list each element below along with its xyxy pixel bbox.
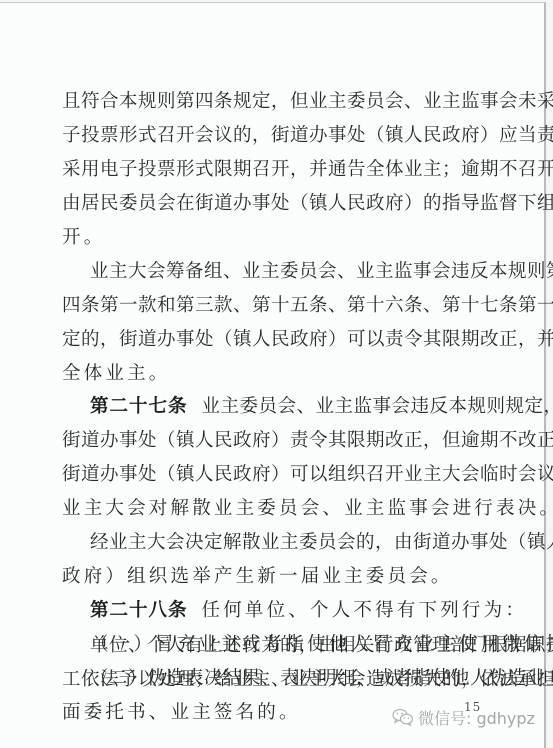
paragraph-line: 子投票形式召开会议的，街道办事处（镇人民政府）应当责令其 — [62, 123, 454, 149]
watermark-label: 微信号: gdhypz — [418, 706, 535, 729]
article-heading: 第二十八条 — [90, 600, 188, 621]
wechat-watermark: 微信号: gdhypz — [392, 705, 535, 729]
paragraph-line: 政府）组织选举产生新一届业主委员会。 — [62, 564, 454, 590]
article-text: 任何单位、个人不得有下列行为： — [202, 600, 528, 621]
paragraph-line: 定的，街道办事处（镇人民政府）可以责令其限期改正，并通告 — [62, 327, 454, 353]
paragraph-line: 街道办事处（镇人民政府）责令其限期改正，但逾期不改正的， — [62, 428, 454, 454]
paragraph-line: 街道办事处（镇人民政府）可以组织召开业主大会临时会议，由 — [62, 462, 454, 488]
paragraph-line: 采用电子投票形式限期召开，并通告全体业主；逾期不召开的， — [62, 157, 454, 183]
wechat-icon — [392, 708, 414, 726]
paragraph-line: 全体业主。 — [62, 361, 454, 387]
paragraph-line: 由居民委员会在街道办事处（镇人民政府）的指导监督下组织召 — [62, 191, 454, 217]
article-text: 业主委员会、业主监事会违反本规则规定，经 — [202, 396, 553, 417]
paragraph-line: 业主大会筹备组、业主委员会、业主监事会违反本规则第十 — [90, 259, 454, 285]
paragraph-line: 单位、个人有上述行为的，由相关行政管理部门根据职责分 — [90, 633, 454, 659]
paragraph-line: 且符合本规则第四条规定，但业主委员会、业主监事会未采用电 — [62, 89, 454, 115]
article-28-line: 第二十八条任何单位、个人不得有下列行为： — [90, 598, 527, 624]
article-heading: 第二十七条 — [90, 396, 188, 417]
paragraph-line: 工依法予以处理；给业主、业主大会造成损失的，依法承担赔偿 — [62, 667, 454, 693]
article-27-line: 第二十七条业主委员会、业主监事会违反本规则规定，经 — [90, 394, 454, 420]
paragraph-line: 业主大会对解散业主委员会、业主监事会进行表决。 — [62, 496, 454, 522]
paragraph-line: 经业主大会决定解散业主委员会的，由街道办事处（镇人民 — [90, 530, 454, 556]
paragraph-line: 四条第一款和第三款、第十五条、第十六条、第十七条第一款规 — [62, 293, 454, 319]
paragraph-line: 开。 — [62, 225, 454, 251]
